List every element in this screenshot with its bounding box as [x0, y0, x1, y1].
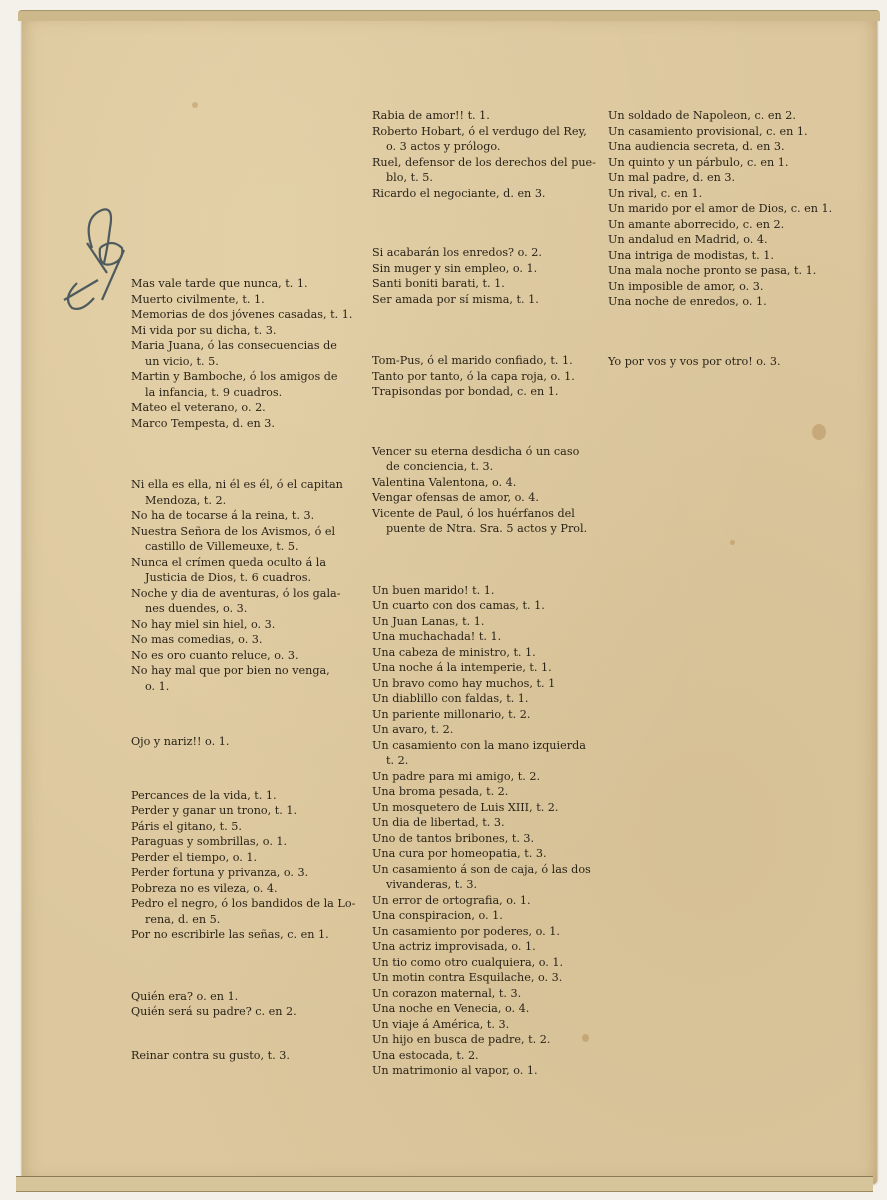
catalogue-entry: Vencer su eterna desdicha ó un casode co… — [372, 444, 604, 475]
catalogue-entry: Paraguas y sombrillas, o. 1. — [131, 834, 363, 850]
spacer — [608, 310, 856, 354]
catalogue-entry: Un imposible de amor, o. 3. — [608, 279, 856, 295]
catalogue-entry: Si acabarán los enredos? o. 2. — [372, 245, 604, 261]
catalogue-entry: Ser amada por sí misma, t. 1. — [372, 292, 604, 308]
stain — [730, 540, 735, 545]
catalogue-entry: Un quinto y un párbulo, c. en 1. — [608, 155, 856, 171]
catalogue-entry: Percances de la vida, t. 1. — [131, 788, 363, 804]
catalogue-entry: Marco Tempesta, d. en 3. — [131, 416, 363, 432]
catalogue-entry: Roberto Hobart, ó el verdugo del Rey,o. … — [372, 124, 604, 155]
catalogue-entry: Un casamiento por poderes, o. 1. — [372, 924, 604, 940]
spacer — [372, 201, 604, 245]
catalogue-entry: Un dia de libertad, t. 3. — [372, 815, 604, 831]
catalogue-entry: No ha de tocarse á la reina, t. 3. — [131, 508, 363, 524]
catalogue-entry: Un tio como otro cualquiera, o. 1. — [372, 955, 604, 971]
catalogue-entry: Memorias de dos jóvenes casadas, t. 1. — [131, 307, 363, 323]
group-y: Yo por vos y vos por otro! o. 3. — [608, 354, 856, 370]
catalogue-entry: Un casamiento provisional, c. en 1. — [608, 124, 856, 140]
catalogue-entry: Una broma pesada, t. 2. — [372, 784, 604, 800]
group-p: Percances de la vida, t. 1. Perder y gan… — [131, 788, 363, 943]
catalogue-entry: Una noche de enredos, o. 1. — [608, 294, 856, 310]
catalogue-entry: Un matrimonio al vapor, o. 1. — [372, 1063, 604, 1079]
catalogue-entry: Un padre para mi amigo, t. 2. — [372, 769, 604, 785]
catalogue-entry: No hay miel sin hiel, o. 3. — [131, 617, 363, 633]
catalogue-entry: Ruel, defensor de los derechos del pue-b… — [372, 155, 604, 186]
stain — [192, 102, 198, 108]
catalogue-entry: No es oro cuanto reluce, o. 3. — [131, 648, 363, 664]
catalogue-entry: Una actriz improvisada, o. 1. — [372, 939, 604, 955]
catalogue-entry: Una cabeza de ministro, t. 1. — [372, 645, 604, 661]
group-u-cont: Un soldado de Napoleon, c. en 2. Un casa… — [608, 108, 856, 310]
group-v: Vencer su eterna desdicha ó un casode co… — [372, 444, 604, 537]
group-t: Tom-Pus, ó el marido confiado, t. 1. Tan… — [372, 353, 604, 400]
catalogue-column-right: Un soldado de Napoleon, c. en 2. Un casa… — [608, 108, 856, 369]
catalogue-entry: Un mal padre, d. en 3. — [608, 170, 856, 186]
spacer — [372, 537, 604, 583]
catalogue-entry: Un rival, c. en 1. — [608, 186, 856, 202]
catalogue-entry: Uno de tantos bribones, t. 3. — [372, 831, 604, 847]
catalogue-entry: Una muchachada! t. 1. — [372, 629, 604, 645]
catalogue-entry: Reinar contra su gusto, t. 3. — [131, 1048, 363, 1064]
catalogue-entry: Mateo el veterano, o. 2. — [131, 400, 363, 416]
spacer — [131, 1020, 363, 1048]
catalogue-entry: Ricardo el negociante, d. en 3. — [372, 186, 604, 202]
group-s: Si acabarán los enredos? o. 2. Sin muger… — [372, 245, 604, 307]
catalogue-entry: Un Juan Lanas, t. 1. — [372, 614, 604, 630]
catalogue-entry: Mas vale tarde que nunca, t. 1. — [131, 276, 363, 292]
spacer — [131, 431, 363, 477]
group-o: Ojo y nariz!! o. 1. — [131, 734, 363, 750]
catalogue-entry: Un avaro, t. 2. — [372, 722, 604, 738]
catalogue-column-left: Mas vale tarde que nunca, t. 1. Muerto c… — [131, 276, 363, 1063]
catalogue-entry: Vengar ofensas de amor, o. 4. — [372, 490, 604, 506]
group-q: Quién era? o. en 1. Quién será su padre?… — [131, 989, 363, 1020]
catalogue-entry: Valentina Valentona, o. 4. — [372, 475, 604, 491]
group-n: Ni ella es ella, ni él es él, ó el capit… — [131, 477, 363, 694]
catalogue-entry: Ojo y nariz!! o. 1. — [131, 734, 363, 750]
catalogue-entry: Un buen marido! t. 1. — [372, 583, 604, 599]
group-r: Reinar contra su gusto, t. 3. — [131, 1048, 363, 1064]
catalogue-entry: Muerto civilmente, t. 1. — [131, 292, 363, 308]
catalogue-entry: Tanto por tanto, ó la capa roja, o. 1. — [372, 369, 604, 385]
group-m: Mas vale tarde que nunca, t. 1. Muerto c… — [131, 276, 363, 431]
catalogue-entry: Un diablillo con faldas, t. 1. — [372, 691, 604, 707]
catalogue-entry: Yo por vos y vos por otro! o. 3. — [608, 354, 856, 370]
spacer — [131, 943, 363, 989]
spacer — [372, 307, 604, 353]
catalogue-entry: Un mosquetero de Luis XIII, t. 2. — [372, 800, 604, 816]
catalogue-entry: Nuestra Señora de los Avismos, ó elcasti… — [131, 524, 363, 555]
catalogue-entry: Por no escribirle las señas, c. en 1. — [131, 927, 363, 943]
group-u: Un buen marido! t. 1. Un cuarto con dos … — [372, 583, 604, 1079]
catalogue-entry: Una noche á la intemperie, t. 1. — [372, 660, 604, 676]
group-r: Rabia de amor!! t. 1. Roberto Hobart, ó … — [372, 108, 604, 201]
spacer — [131, 750, 363, 788]
catalogue-entry: Un motin contra Esquilache, o. 3. — [372, 970, 604, 986]
catalogue-entry: Un bravo como hay muchos, t. 1 — [372, 676, 604, 692]
catalogue-entry: Un andalud en Madrid, o. 4. — [608, 232, 856, 248]
catalogue-entry: Una mala noche pronto se pasa, t. 1. — [608, 263, 856, 279]
catalogue-entry: Perder y ganar un trono, t. 1. — [131, 803, 363, 819]
catalogue-entry: Pedro el negro, ó los bandidos de la Lo-… — [131, 896, 363, 927]
catalogue-entry: Una conspiracion, o. 1. — [372, 908, 604, 924]
catalogue-entry: Mi vida por su dicha, t. 3. — [131, 323, 363, 339]
catalogue-entry: Un amante aborrecido, c. en 2. — [608, 217, 856, 233]
catalogue-entry: Sin muger y sin empleo, o. 1. — [372, 261, 604, 277]
catalogue-entry: Una cura por homeopatia, t. 3. — [372, 846, 604, 862]
catalogue-entry: Perder el tiempo, o. 1. — [131, 850, 363, 866]
catalogue-entry: Una noche en Venecia, o. 4. — [372, 1001, 604, 1017]
catalogue-entry: Pobreza no es vileza, o. 4. — [131, 881, 363, 897]
catalogue-entry: Una intriga de modistas, t. 1. — [608, 248, 856, 264]
catalogue-entry: Un error de ortografia, o. 1. — [372, 893, 604, 909]
catalogue-entry: Una estocada, t. 2. — [372, 1048, 604, 1064]
catalogue-entry: No hay mal que por bien no venga,o. 1. — [131, 663, 363, 694]
spacer — [372, 400, 604, 444]
catalogue-entry: Vicente de Paul, ó los huérfanos delpuen… — [372, 506, 604, 537]
catalogue-entry: Perder fortuna y privanza, o. 3. — [131, 865, 363, 881]
catalogue-entry: Maria Juana, ó las consecuencias deun vi… — [131, 338, 363, 369]
catalogue-entry: Noche y dia de aventuras, ó los gala-nes… — [131, 586, 363, 617]
catalogue-entry: Páris el gitano, t. 5. — [131, 819, 363, 835]
catalogue-column-middle: Rabia de amor!! t. 1. Roberto Hobart, ó … — [372, 108, 604, 1079]
catalogue-entry: Un casamiento con la mano izquierdat. 2. — [372, 738, 604, 769]
catalogue-entry: Tom-Pus, ó el marido confiado, t. 1. — [372, 353, 604, 369]
catalogue-entry: Un casamiento á son de caja, ó las dosvi… — [372, 862, 604, 893]
catalogue-entry: Quién será su padre? c. en 2. — [131, 1004, 363, 1020]
catalogue-entry: Martin y Bamboche, ó los amigos dela inf… — [131, 369, 363, 400]
catalogue-entry: Un marido por el amor de Dios, c. en 1. — [608, 201, 856, 217]
catalogue-entry: Rabia de amor!! t. 1. — [372, 108, 604, 124]
catalogue-entry: Quién era? o. en 1. — [131, 989, 363, 1005]
catalogue-entry: Ni ella es ella, ni él es él, ó el capit… — [131, 477, 363, 508]
stain — [812, 424, 826, 440]
catalogue-entry: No mas comedias, o. 3. — [131, 632, 363, 648]
catalogue-entry: Un hijo en busca de padre, t. 2. — [372, 1032, 604, 1048]
catalogue-entry: Nunca el crímen queda oculto á laJustici… — [131, 555, 363, 586]
catalogue-entry: Santi boniti barati, t. 1. — [372, 276, 604, 292]
spacer — [131, 694, 363, 734]
catalogue-entry: Una audiencia secreta, d. en 3. — [608, 139, 856, 155]
catalogue-entry: Un cuarto con dos camas, t. 1. — [372, 598, 604, 614]
catalogue-entry: Trapisondas por bondad, c. en 1. — [372, 384, 604, 400]
catalogue-entry: Un soldado de Napoleon, c. en 2. — [608, 108, 856, 124]
catalogue-entry: Un corazon maternal, t. 3. — [372, 986, 604, 1002]
catalogue-entry: Un pariente millonario, t. 2. — [372, 707, 604, 723]
catalogue-entry: Un viaje á América, t. 3. — [372, 1017, 604, 1033]
